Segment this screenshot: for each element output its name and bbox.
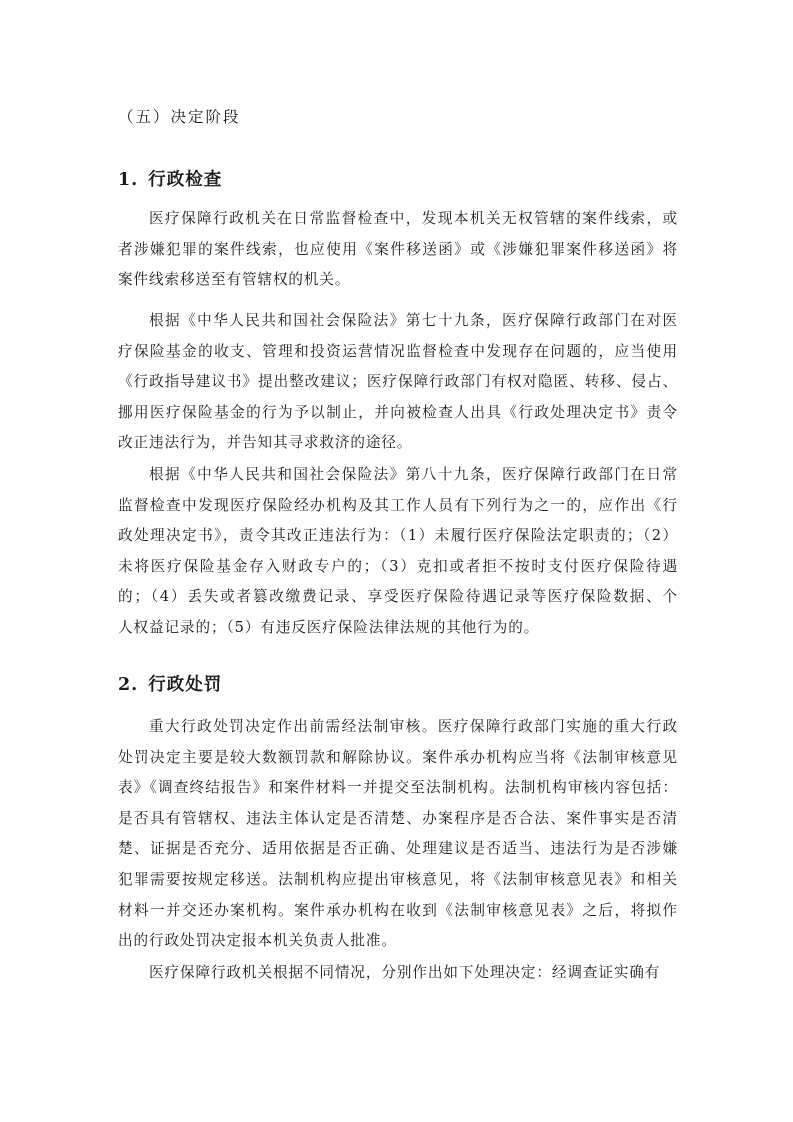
paragraph-line: 根据《中华人民共和国社会保险法》第七十九条，医疗保障行政部门在对医 [118,306,678,337]
document-page: （五）决定阶段 1.行政检查 医疗保障行政机关在日常监督检查中，发现本机关无权管… [0,0,793,1122]
paragraph-line: 医疗保障行政机关在日常监督检查中，发现本机关无权管辖的案件线索，或 [118,204,678,235]
heading-number: 1. [118,170,138,190]
heading-number: 2. [118,675,138,695]
heading-administrative-penalty: 2.行政处罚 [118,672,222,698]
paragraph: 重大行政处罚决定作出前需经法制审核。医疗保障行政部门实施的重大行政 处罚决定主要… [118,712,678,957]
paragraph: 根据《中华人民共和国社会保险法》第八十九条，医疗保障行政部门在日常 监督检查中发… [118,460,678,644]
paragraph-line: 改正违法行为，并告知其寻求救济的途径。 [118,428,678,459]
paragraph-line: 重大行政处罚决定作出前需经法制审核。医疗保障行政部门实施的重大行政 [118,712,678,743]
paragraph-line: 犯罪需要按规定移送。法制机构应提出审核意见，将《法制审核意见表》和相关 [118,865,678,896]
paragraph-line: 表》《调查终结报告》和案件材料一并提交至法制机构。法制机构审核内容包括： [118,773,678,804]
paragraph-line: 的；（4）丢失或者篡改缴费记录、享受医疗保险待遇记录等医疗保险数据、个 [118,582,678,613]
paragraph-line: 材料一并交还办案机构。案件承办机构在收到《法制审核意见表》之后，将拟作 [118,896,678,927]
paragraph-line: 未将医疗保险基金存入财政专户的；（3）克扣或者拒不按时支付医疗保险待遇 [118,552,678,583]
paragraph-line: 政处理决定书》，责令其改正违法行为：（1）未履行医疗保险法定职责的；（2） [118,521,678,552]
paragraph-line: 医疗保障行政机关根据不同情况，分别作出如下处理决定：经调查证实确有 [118,958,678,989]
heading-title: 行政检查 [148,170,222,190]
paragraph-line: 疗保险基金的收支、管理和投资运营情况监督检查中发现存在问题的，应当使用 [118,337,678,368]
paragraph: 医疗保障行政机关根据不同情况，分别作出如下处理决定：经调查证实确有 [118,958,678,989]
section-title: （五）决定阶段 [118,105,241,129]
heading-title: 行政处罚 [148,675,222,695]
paragraph-line: 处罚决定主要是较大数额罚款和解除协议。案件承办机构应当将《法制审核意见 [118,743,678,774]
paragraph-line: 出的行政处罚决定报本机关负责人批准。 [118,926,678,957]
heading-administrative-inspection: 1.行政检查 [118,167,222,193]
paragraph-line: 是否具有管辖权、违法主体认定是否清楚、办案程序是否合法、案件事实是否清 [118,804,678,835]
paragraph: 医疗保障行政机关在日常监督检查中，发现本机关无权管辖的案件线索，或 者涉嫌犯罪的… [118,204,678,296]
paragraph-line: 《行政指导建议书》提出整改建议；医疗保障行政部门有权对隐匿、转移、侵占、 [118,367,678,398]
paragraph-line: 监督检查中发现医疗保险经办机构及其工作人员有下列行为之一的，应作出《行 [118,491,678,522]
paragraph: 根据《中华人民共和国社会保险法》第七十九条，医疗保障行政部门在对医 疗保险基金的… [118,306,678,459]
paragraph-line: 案件线索移送至有管辖权的机关。 [118,265,678,296]
paragraph-line: 根据《中华人民共和国社会保险法》第八十九条，医疗保障行政部门在日常 [118,460,678,491]
paragraph-line: 者涉嫌犯罪的案件线索，也应使用《案件移送函》或《涉嫌犯罪案件移送函》将 [118,235,678,266]
paragraph-line: 楚、证据是否充分、适用依据是否正确、处理建议是否适当、违法行为是否涉嫌 [118,834,678,865]
paragraph-line: 人权益记录的；（5）有违反医疗保险法律法规的其他行为的。 [118,613,678,644]
paragraph-line: 挪用医疗保险基金的行为予以制止，并向被检查人出具《行政处理决定书》责令 [118,398,678,429]
